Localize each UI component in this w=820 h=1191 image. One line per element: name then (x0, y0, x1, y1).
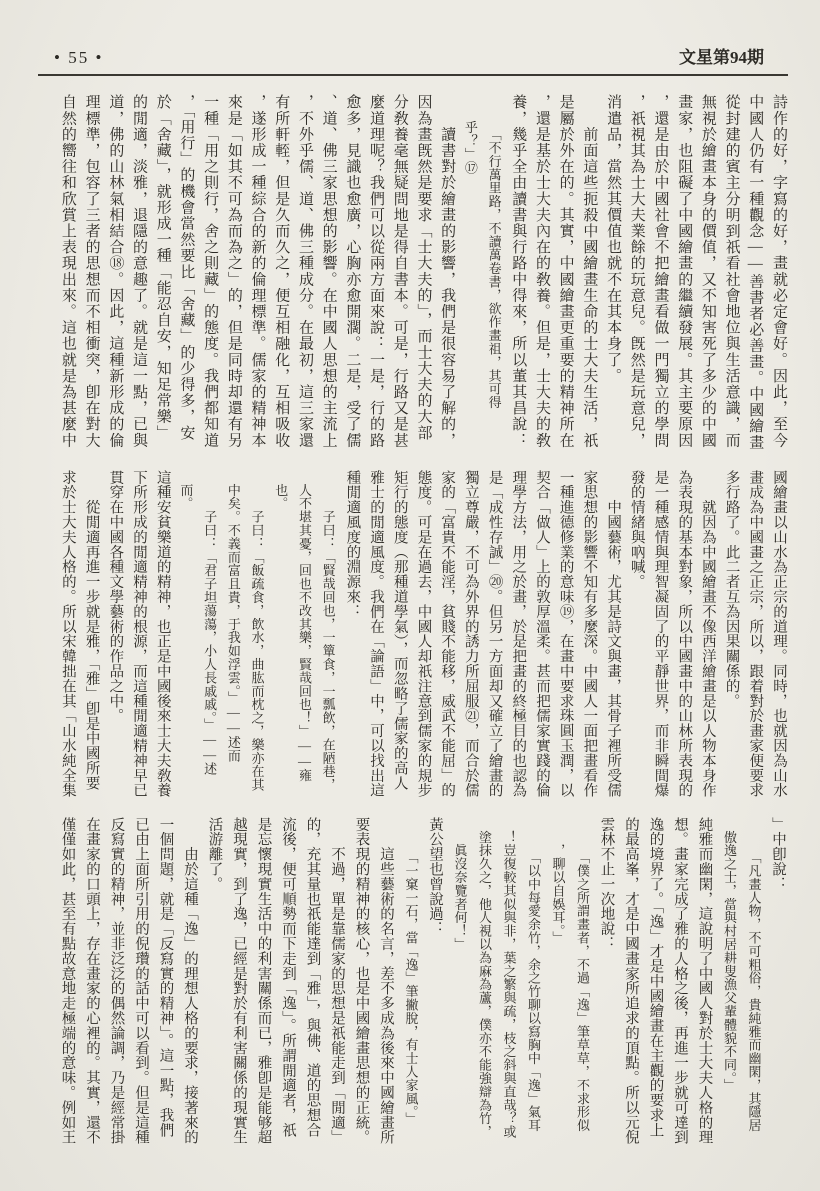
text-column: 一個問題，就是「反寫實的精神」。這一點，我們 (153, 817, 178, 1157)
page-body: 詩作的好，字寫的好，畫就必定會好。因此，至今中國人仍有一種觀念——善書者必善畫。… (54, 94, 790, 1157)
text-column: 為表現的基本對象，所以中國畫中的山林所表現的 (671, 470, 695, 803)
text-column: 發的情緒與吶喊。 (624, 470, 648, 803)
page-number: • 55 • (54, 48, 103, 68)
text-column: 因為畫旣然是要求「士大夫的」，而士大夫的大部 (411, 94, 435, 456)
text-column: 理標準，包容了三者的思想而不相衝突，卽在對大 (79, 94, 103, 456)
text-column: 中國藝術，尤其是詩文與畫，其骨子裡所受儒 (600, 470, 624, 803)
text-column: 、道、佛三家思想的影響。在中國人思想的主流上 (316, 94, 340, 456)
text-column: ，聊以自娛耳。」 (545, 817, 570, 1157)
text-column: 求於士大夫人格的。所以宋韓拙在其「山水純全集 (55, 470, 79, 803)
text-column: 中國人仍有一種觀念——善書者必善畫。中國繪畫 (743, 94, 767, 456)
text-column: 從閒適再進一步就是雅，「雅」卽是中國所要 (79, 470, 103, 803)
text-column: 「一窠一石，當「逸」筆撇脫，有士人家風。」 (398, 817, 423, 1157)
text-column: 雲林不止一次地說： (594, 817, 619, 1157)
text-column: 逸的境界了。「逸」才是中國繪畫在主觀的要求上 (643, 817, 668, 1157)
text-column: ，還是基於士大夫內在的敎養。但是，士大夫的敎 (529, 94, 553, 456)
text-column: 來是「如其不可為而為之」的，但是同時却還有另 (221, 94, 245, 456)
text-column: 多行路了。此二者互為因果關係的。 (719, 470, 743, 803)
text-column: 愈多，見識也愈廣，心胸亦愈開濶。二是，受了儒 (340, 94, 364, 456)
text-column: 畫家，也阻礙了中國繪畫的繼續發展。其主要原因 (671, 94, 695, 456)
text-column: 「不行萬里路，不讀萬卷書，欲作畫祖，其可得 (482, 94, 506, 456)
text-column: 「凡畫人物，不可粗俗，貴純雅而幽閑，其隱居 (741, 817, 766, 1157)
text-column: 由於這種「逸」的理想人格的要求，接著來的 (178, 817, 203, 1157)
text-column: 流後，便可順勢而下走到「逸」。所謂閒適者，祇 (276, 817, 301, 1157)
text-column: 理學方法，用之於畫，於是把畫的終極目的也認為 (506, 470, 530, 803)
text-column: 想。畫家完成了雅的人格之後，再進一步就可達到 (668, 817, 693, 1157)
text-column: 讀書對於繪畫的影響，我們是很容易了解的， (434, 94, 458, 456)
text-column: 家的「富貴不能淫，貧賤不能移，威武不能屈」的 (434, 470, 458, 803)
text-column: ，還是由於中國社會不把繪畫看做一門獨立的學問 (648, 94, 672, 456)
text-column: 中矣。不義而富且貴，于我如浮雲。」——述而 (221, 470, 245, 803)
text-column: 是「成性存誠」⑳。但另一方面却又確立了繪畫的 (482, 470, 506, 803)
text-column: 無視於繪畫本身的價值，又不知害死了多少的中國 (695, 94, 719, 456)
text-column: 家思想的影響不知有多麼深。中國人一面把畫看作 (577, 470, 601, 803)
text-column: 也。 (269, 470, 293, 803)
magazine-page: • 55 • 文星第94期 詩作的好，字寫的好，畫就必定會好。因此，至今中國人仍… (0, 0, 820, 1191)
text-column: 從封建的賓主分明到祇看社會地位與生活意識，而 (719, 94, 743, 456)
text-column: 子曰：「賢哉回也，一簞食，一瓢飲，在陋巷， (316, 470, 340, 803)
text-column: 的最高峯，才是中國畫家所追求的頂點。所以元倪 (619, 817, 644, 1157)
text-column: 已由上面所引用的倪瓚的話中可以看到。但是這種 (129, 817, 154, 1157)
text-column: 矩行的態度（那種道學氣），而忽略了儒家的高人 (387, 470, 411, 803)
text-column: 一種進德修業的意味⑲，在畫中要求珠圓玉潤，以 (553, 470, 577, 803)
text-column: 子曰：「飯疏食，飲水，曲肱而枕之，樂亦在其 (245, 470, 269, 803)
text-column: 種閒適風度的淵源來： (340, 470, 364, 803)
text-column: 養，幾乎全由讀書與行路中得來，所以董其昌說： (506, 94, 530, 456)
text-column: 這些藝術的名言，差不多成為後來中國繪畫所 (374, 817, 399, 1157)
text-column: 而。 (174, 470, 198, 803)
text-column: 是一種感情與理智凝固了的平靜世界，而非瞬間爆 (648, 470, 672, 803)
text-column: 」中卽說： (766, 817, 791, 1157)
text-column: 貫穿在中國各種文學藝術的作品之中。 (103, 470, 127, 803)
text-column: 契合「做人」上的敦厚溫柔。甚而把儒家實踐的倫 (529, 470, 553, 803)
text-column: ，祇視其為士大夫業餘的玩意兒。旣然是玩意兒， (624, 94, 648, 456)
text-column: 雅士的閒適風度。我們在「論語」中，可以找出這 (363, 470, 387, 803)
text-column: 是忘懷現實生活中的利害關係而已，雅卽是能够超 (251, 817, 276, 1157)
text-column: 眞沒奈覽者何！」 (447, 817, 472, 1157)
text-column: 的閒適，淡雅，退隱的意趣了。就是這一點，已與 (126, 94, 150, 456)
text-column: ，「用行」的機會當然要比「舍藏」的少得多，安 (174, 94, 198, 456)
text-column: 在畫家的口頭上，存在畫家的心裡的。其實，還不 (80, 817, 105, 1157)
text-column: 詩作的好，字寫的好，畫就必定會好。因此，至今 (766, 94, 790, 456)
text-column: 不過，單是靠儒家的思想是祇能走到「閒適」 (325, 817, 350, 1157)
text-column: 「以中每愛余竹，余之竹聊以寫胸中「逸」氣耳 (521, 817, 546, 1157)
text-column: 乎？」⑰ (458, 94, 482, 456)
text-column: 的，充其量也祇能達到「雅」，與佛、道的思想合 (300, 817, 325, 1157)
text-column: 分敎養毫無疑問地是得自書本。可是，行路又是甚 (387, 94, 411, 456)
text-column: 麼道理呢？我們可以從兩方面來說：一是，行的路 (363, 94, 387, 456)
text-column: 於「舍藏」，就形成一種「能忍自安，知足常樂」 (150, 94, 174, 456)
text-column: ，遂形成一種綜合的新的倫理標準。儒家的精神本 (245, 94, 269, 456)
text-column: 人不堪其憂，回也不改其樂，賢哉回也！」——雍 (292, 470, 316, 803)
text-column: 獨立尊嚴，不可為外界的誘力所屈服㉑，而合於儒 (458, 470, 482, 803)
text-column: 下所形成的閒適精神的根源，而這種閒適精神早已 (126, 470, 150, 803)
text-column: 國繪畫以山水為正宗的道理。同時，也就因為山水 (766, 470, 790, 803)
text-column: 活游離了。 (202, 817, 227, 1157)
text-column: 黃公望也曾說過： (423, 817, 448, 1157)
text-column: 是屬於外在的。其實，中國繪畫更重要的精神所在 (553, 94, 577, 456)
text-band-top: 詩作的好，字寫的好，畫就必定會好。因此，至今中國人仍有一種觀念——善書者必善畫。… (54, 94, 790, 456)
text-column: 「僕之所謂畫者，不過「逸」筆草草，不求形似 (570, 817, 595, 1157)
text-column: ！豈復較其似與非，葉之繁與疏，枝之斜與直哉？或 (496, 817, 521, 1157)
text-column: 越現實，到了逸，已經是對於有利害關係的現實生 (227, 817, 252, 1157)
text-column: 反寫實的精神，並非泛泛的偶然論調，乃是經常掛 (104, 817, 129, 1157)
text-column: 這種安貧樂道的精神，也正是中國後來士大夫敎養 (150, 470, 174, 803)
text-column: 有所軒輊，但是久而久之，便互相融化，互相吸收 (269, 94, 293, 456)
text-band-middle: 國繪畫以山水為正宗的道理。同時，也就因為山水畫成為中國畫之正宗，所以，跟着對於畫… (54, 470, 790, 803)
text-band-bottom: 」中卽說： 「凡畫人物，不可粗俗，貴純雅而幽閑，其隱居 傲逸之士，當與村居耕叟漁… (54, 817, 790, 1157)
text-column: 前面這些扼殺中國繪畫生命的士大夫生活，祇 (577, 94, 601, 456)
text-column: 僅僅如此，甚至有點故意地走極端的意味。例如王 (55, 817, 80, 1157)
text-column: 一種「用之則行，舍之則藏」的態度。我們都知道 (197, 94, 221, 456)
text-column: 態度。可是在過去，中國人却祇注意到儒家的規步 (411, 470, 435, 803)
text-column: 自然的嚮往和欣賞上表現出來。這也就是為甚麼中 (55, 94, 79, 456)
page-header: • 55 • 文星第94期 (38, 40, 788, 76)
text-column: ，不外乎儒、道、佛三種成分。在最初，這三家還 (292, 94, 316, 456)
text-column: 塗抹久之，他人視以為麻為蘆，僕亦不能強辯為竹， (472, 817, 497, 1157)
text-column: 子曰：「君子坦蕩蕩，小人長戚戚。」——述 (197, 470, 221, 803)
text-column: 純雅而幽閑，這說明了中國人對於士大夫人格的理 (692, 817, 717, 1157)
text-column: 畫成為中國畫之正宗，所以，跟着對於畫家便要求 (743, 470, 767, 803)
text-column: 道，佛的山林氣相結合⑱。因此，這種新形成的倫 (103, 94, 127, 456)
text-column: 消遣品，當然其價值也就不在其本身了。 (600, 94, 624, 456)
text-column: 傲逸之士，當與村居耕叟漁父輩體貌不同。」 (717, 817, 742, 1157)
magazine-title: 文星第94期 (679, 43, 764, 68)
text-column: 要表現的精神的核心，也是中國繪畫思想的正統。 (349, 817, 374, 1157)
text-column: 就因為中國繪畫不像西洋繪畫是以人物本身作 (695, 470, 719, 803)
